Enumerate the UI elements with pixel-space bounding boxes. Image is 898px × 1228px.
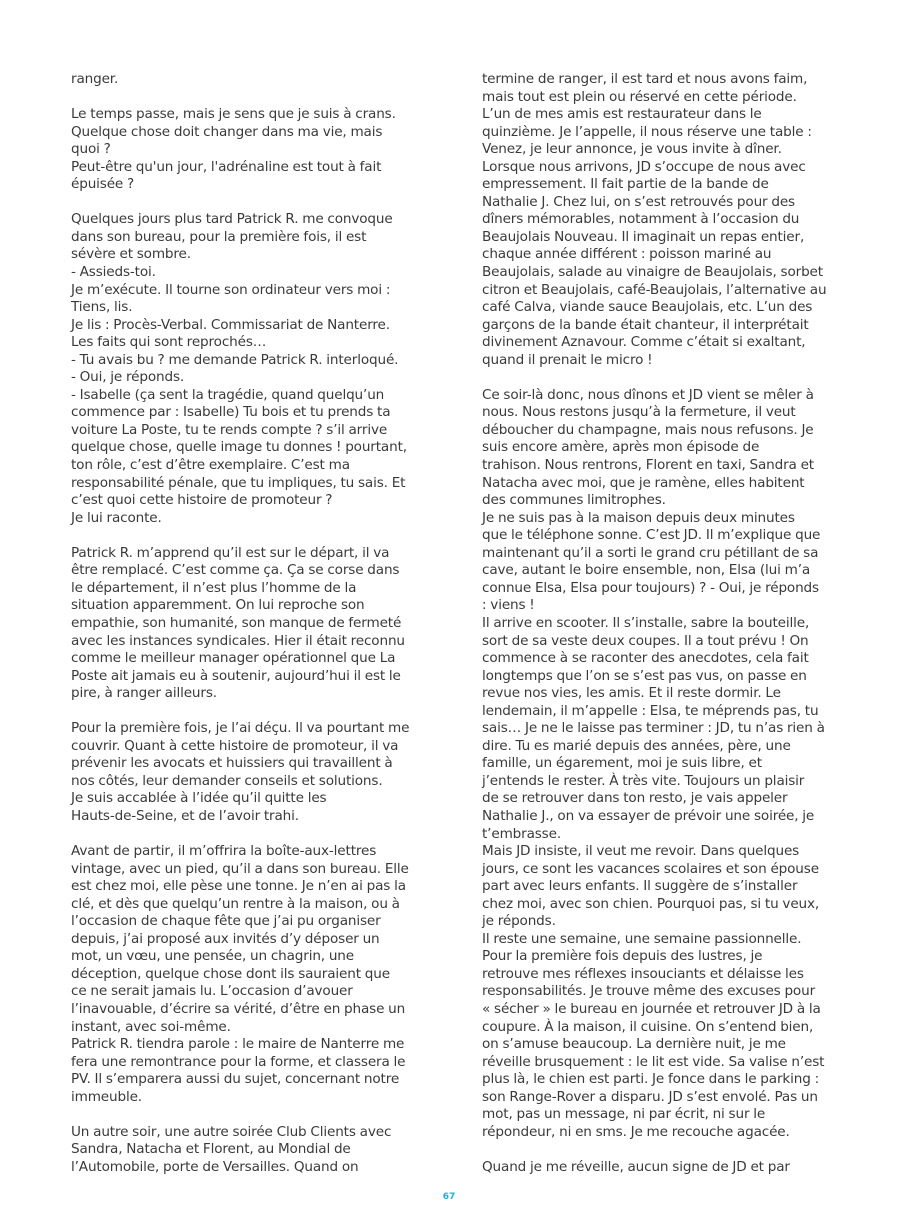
- text-line: Il arrive en scooter. Il s’installe, sab…: [482, 615, 830, 633]
- text-line: instant, avec soi-même.: [71, 1019, 421, 1037]
- paragraph: Quand je me réveille, aucun signe de JD …: [482, 1159, 830, 1177]
- text-line: Nathalie J. Chez lui, on s’est retrouvés…: [482, 194, 830, 212]
- text-line: Tiens, lis.: [71, 299, 421, 317]
- paragraph: Avant de partir, il m’offrira la boîte-a…: [71, 843, 421, 1106]
- text-line: Patrick R. tiendra parole : le maire de …: [71, 1036, 421, 1054]
- page-number: 67: [0, 1192, 898, 1202]
- text-line: Il reste une semaine, une semaine passio…: [482, 931, 830, 949]
- text-line: cave, autant le boire ensemble, non, Els…: [482, 562, 830, 580]
- text-line: t’embrasse.: [482, 826, 830, 844]
- text-line: jours, ce sont les vacances scolaires et…: [482, 861, 830, 879]
- paragraph: Un autre soir, une autre soirée Club Cli…: [71, 1124, 421, 1177]
- text-line: Le temps passe, mais je sens que je suis…: [71, 106, 421, 124]
- paragraph: Pour la première fois, je l’ai déçu. Il …: [71, 720, 421, 825]
- text-line: c’est quoi cette histoire de promoteur ?: [71, 492, 421, 510]
- text-line: café Calva, viande sauce Beaujolais, etc…: [482, 299, 830, 317]
- text-line: être remplacé. C’est comme ça. Ça se cor…: [71, 562, 421, 580]
- paragraph: Patrick R. m’apprend qu’il est sur le dé…: [71, 545, 421, 703]
- text-line: dire. Tu es marié depuis des années, pèr…: [482, 738, 830, 756]
- text-line: maintenant qu’il a sorti le grand cru pé…: [482, 545, 830, 563]
- text-line: dans son bureau, pour la première fois, …: [71, 229, 421, 247]
- text-line: divinement Aznavour. Comme c’était si ex…: [482, 334, 830, 352]
- text-line: dîners mémorables, notamment à l’occasio…: [482, 211, 830, 229]
- text-line: son Range-Rover a disparu. JD s’est envo…: [482, 1089, 830, 1107]
- text-line: quand il prenait le micro !: [482, 352, 830, 370]
- text-line: depuis, j’ai proposé aux invités d’y dép…: [71, 931, 421, 949]
- text-line: mais tout est plein ou réservé en cette …: [482, 89, 830, 107]
- text-line: clé, et dès que quelqu’un rentre à la ma…: [71, 896, 421, 914]
- text-line: Avant de partir, il m’offrira la boîte-a…: [71, 843, 421, 861]
- text-line: - Oui, je réponds.: [71, 369, 421, 387]
- text-line: immeuble.: [71, 1089, 421, 1107]
- text-line: responsabilités. Je trouve même des excu…: [482, 983, 830, 1001]
- text-line: commence à se raconter des anecdotes, ce…: [482, 650, 830, 668]
- paragraph: Le temps passe, mais je sens que je suis…: [71, 106, 421, 194]
- paragraph: Quelques jours plus tard Patrick R. me c…: [71, 211, 421, 527]
- text-line: sort de sa veste deux coupes. Il a tout …: [482, 633, 830, 651]
- text-line: des communes limitrophes.: [482, 492, 830, 510]
- text-line: quoi ?: [71, 141, 421, 159]
- text-line: Beaujolais Nouveau. Il imaginait un repa…: [482, 229, 830, 247]
- text-line: longtemps que l’on se s’est pas vus, on …: [482, 668, 830, 686]
- text-line: commence par : Isabelle) Tu bois et tu p…: [71, 404, 421, 422]
- text-line: voiture La Poste, tu te rends compte ? s…: [71, 422, 421, 440]
- text-line: mot, un vœu, une pensée, un chagrin, une: [71, 948, 421, 966]
- right-text-column: termine de ranger, il est tard et nous a…: [482, 71, 830, 1194]
- text-line: on s’amuse beaucoup. La dernière nuit, j…: [482, 1036, 830, 1054]
- text-line: Un autre soir, une autre soirée Club Cli…: [71, 1124, 421, 1142]
- text-line: déception, quelque chose dont ils saurai…: [71, 966, 421, 984]
- text-line: mot, pas un message, ni par écrit, ni su…: [482, 1106, 830, 1124]
- paragraph: termine de ranger, il est tard et nous a…: [482, 71, 830, 369]
- text-line: plus là, le chien est parti. Je fonce da…: [482, 1071, 830, 1089]
- text-line: Patrick R. m’apprend qu’il est sur le dé…: [71, 545, 421, 563]
- text-line: chez moi, avec son chien. Pourquoi pas, …: [482, 896, 830, 914]
- text-line: L’un de mes amis est restaurateur dans l…: [482, 106, 830, 124]
- text-line: j’entends le rester. À très vite. Toujou…: [482, 773, 830, 791]
- text-line: vintage, avec un pied, qu’il a dans son …: [71, 861, 421, 879]
- text-line: Poste ait jamais eu à soutenir, aujourd’…: [71, 668, 421, 686]
- text-line: Je lui raconte.: [71, 510, 421, 528]
- text-line: Lorsque nous arrivons, JD s’occupe de no…: [482, 159, 830, 177]
- text-line: garçons de la bande était chanteur, il i…: [482, 317, 830, 335]
- text-line: Quand je me réveille, aucun signe de JD …: [482, 1159, 830, 1177]
- text-line: quelque chose, quelle image tu donnes ! …: [71, 439, 421, 457]
- text-line: que le téléphone sonne. C’est JD. Il m’e…: [482, 527, 830, 545]
- text-line: Natacha avec moi, que je ramène, elles h…: [482, 475, 830, 493]
- text-line: réveille brusquement : le lit est vide. …: [482, 1054, 830, 1072]
- text-line: pire, à ranger ailleurs.: [71, 685, 421, 703]
- text-line: Pour la première fois depuis des lustres…: [482, 948, 830, 966]
- text-line: trahison. Nous rentrons, Florent en taxi…: [482, 457, 830, 475]
- text-line: répondeur, ni en sms. Je me recouche aga…: [482, 1124, 830, 1142]
- text-line: l’occasion de chaque fête que j’ai pu or…: [71, 913, 421, 931]
- text-line: situation apparemment. On lui reproche s…: [71, 597, 421, 615]
- text-line: l’Automobile, porte de Versailles. Quand…: [71, 1159, 421, 1177]
- text-line: PV. Il s’emparera aussi du sujet, concer…: [71, 1071, 421, 1089]
- text-line: - Isabelle (ça sent la tragédie, quand q…: [71, 387, 421, 405]
- document-page: ranger.Le temps passe, mais je sens que …: [0, 0, 898, 1228]
- text-line: est chez moi, elle pèse une tonne. Je n’…: [71, 878, 421, 896]
- text-line: nos côtés, leur demander conseils et sol…: [71, 773, 421, 791]
- text-line: Sandra, Natacha et Florent, au Mondial d…: [71, 1141, 421, 1159]
- text-line: « sécher » le bureau en journée et retro…: [482, 1001, 830, 1019]
- text-line: citron et Beaujolais, café-Beaujolais, l…: [482, 282, 830, 300]
- text-line: - Assieds-toi.: [71, 264, 421, 282]
- text-line: chaque année différent : poisson mariné …: [482, 246, 830, 264]
- text-line: Quelques jours plus tard Patrick R. me c…: [71, 211, 421, 229]
- text-line: de se retrouver dans ton resto, je vais …: [482, 790, 830, 808]
- text-line: empressement. Il fait partie de la bande…: [482, 176, 830, 194]
- text-line: Hauts-de-Seine, et de l’avoir trahi.: [71, 808, 421, 826]
- text-line: sais… Je ne le laisse pas terminer : JD,…: [482, 720, 830, 738]
- text-line: Peut-être qu'un jour, l'adrénaline est t…: [71, 159, 421, 177]
- paragraph: Ce soir-là donc, nous dînons et JD vient…: [482, 387, 830, 1142]
- text-line: part avec leurs enfants. Il suggère de s…: [482, 878, 830, 896]
- text-line: Beaujolais, salade au vinaigre de Beaujo…: [482, 264, 830, 282]
- text-line: Nathalie J., on va essayer de prévoir un…: [482, 808, 830, 826]
- text-line: Je lis : Procès-Verbal. Commissariat de …: [71, 317, 421, 335]
- left-text-column: ranger.Le temps passe, mais je sens que …: [71, 71, 421, 1194]
- text-line: connue Elsa, Elsa pour toujours) ? - Oui…: [482, 580, 830, 598]
- text-line: responsabilité pénale, que tu impliques,…: [71, 475, 421, 493]
- text-line: Venez, je leur annonce, je vous invite à…: [482, 141, 830, 159]
- text-line: - Tu avais bu ? me demande Patrick R. in…: [71, 352, 421, 370]
- text-line: revue nos vies, les amis. Et il reste do…: [482, 685, 830, 703]
- text-line: empathie, son humanité, son manque de fe…: [71, 615, 421, 633]
- text-line: le département, il n’est plus l’homme de…: [71, 580, 421, 598]
- text-line: : viens !: [482, 597, 830, 615]
- text-line: Mais JD insiste, il veut me revoir. Dans…: [482, 843, 830, 861]
- text-line: Quelque chose doit changer dans ma vie, …: [71, 124, 421, 142]
- text-line: nous. Nous restons jusqu’à la fermeture,…: [482, 404, 830, 422]
- text-line: comme le meilleur manager opérationnel q…: [71, 650, 421, 668]
- text-line: Pour la première fois, je l’ai déçu. Il …: [71, 720, 421, 738]
- text-line: suis encore amère, après mon épisode de: [482, 439, 830, 457]
- text-line: fera une remontrance pour la forme, et c…: [71, 1054, 421, 1072]
- text-line: Ce soir-là donc, nous dînons et JD vient…: [482, 387, 830, 405]
- text-line: termine de ranger, il est tard et nous a…: [482, 71, 830, 89]
- text-line: je réponds.: [482, 913, 830, 931]
- text-line: retrouve mes réflexes insouciants et dél…: [482, 966, 830, 984]
- paragraph: ranger.: [71, 71, 421, 89]
- text-line: sévère et sombre.: [71, 246, 421, 264]
- text-line: Je m’exécute. Il tourne son ordinateur v…: [71, 282, 421, 300]
- text-line: quinzième. Je l’appelle, il nous réserve…: [482, 124, 830, 142]
- text-line: Les faits qui sont reprochés…: [71, 334, 421, 352]
- text-line: famille, un égarement, moi je suis libre…: [482, 755, 830, 773]
- text-line: épuisée ?: [71, 176, 421, 194]
- text-line: Je ne suis pas à la maison depuis deux m…: [482, 510, 830, 528]
- text-line: lendemain, il m’appelle : Elsa, te mépre…: [482, 703, 830, 721]
- text-line: prévenir les avocats et huissiers qui tr…: [71, 755, 421, 773]
- text-line: couvrir. Quant à cette histoire de promo…: [71, 738, 421, 756]
- text-line: ton rôle, c’est d’être exemplaire. C’est…: [71, 457, 421, 475]
- text-line: Je suis accablée à l’idée qu’il quitte l…: [71, 790, 421, 808]
- text-line: l’inavouable, d’écrire sa vérité, d’être…: [71, 1001, 421, 1019]
- text-line: ranger.: [71, 71, 421, 89]
- text-line: déboucher du champagne, mais nous refuso…: [482, 422, 830, 440]
- text-line: avec les instances syndicales. Hier il é…: [71, 633, 421, 651]
- text-line: ce ne serait jamais lu. L’occasion d’avo…: [71, 983, 421, 1001]
- text-line: coupure. À la maison, il cuisine. On s’e…: [482, 1019, 830, 1037]
